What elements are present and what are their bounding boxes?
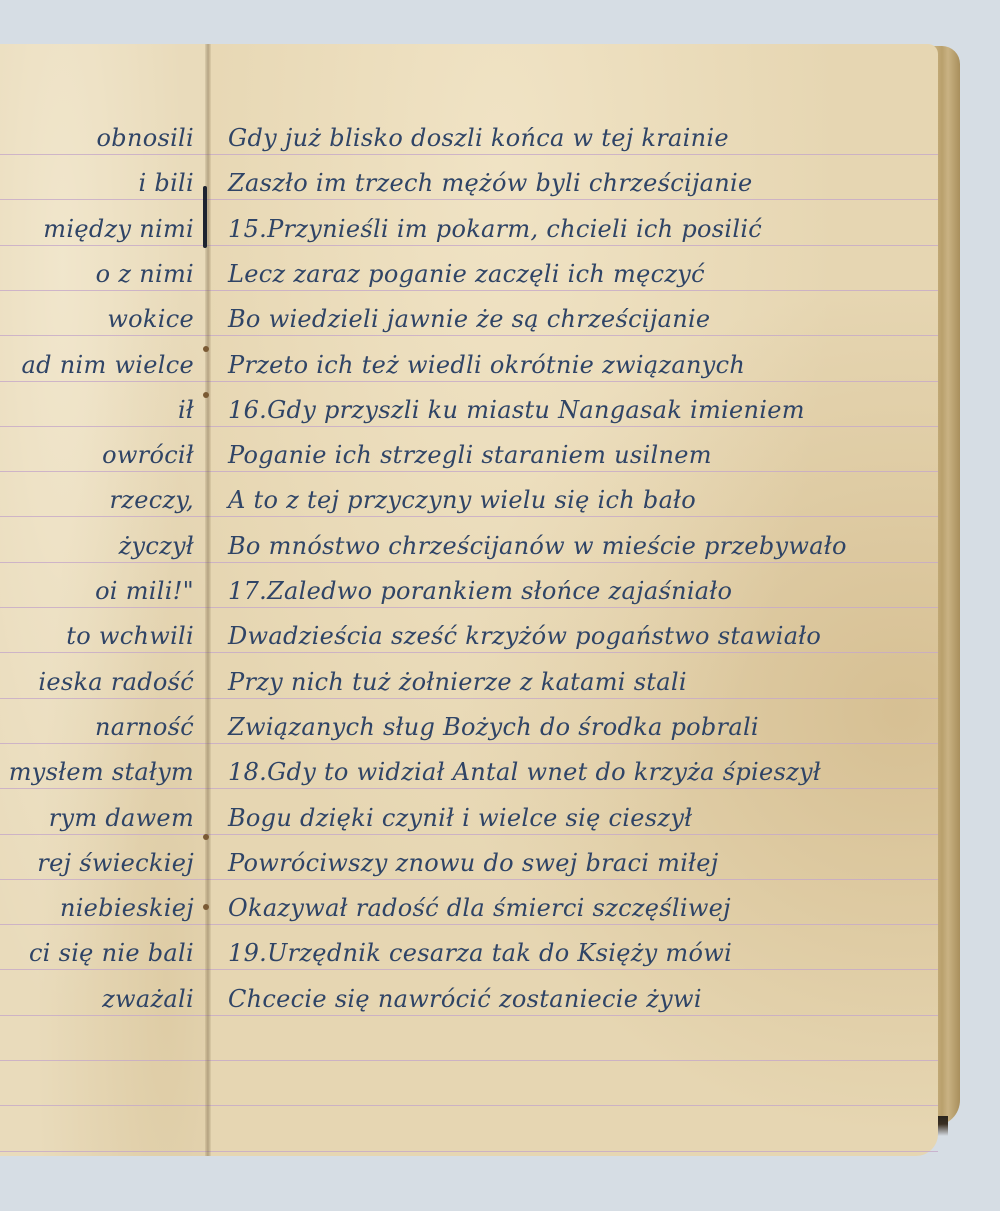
ruling-line bbox=[208, 245, 938, 246]
ruling-line bbox=[208, 698, 938, 699]
staple-hole bbox=[203, 392, 209, 398]
handwritten-line: Lecz zaraz poganie zaczęli ich męczyć bbox=[228, 260, 705, 288]
handwritten-line: wokice bbox=[107, 305, 194, 333]
handwritten-line: między nimi bbox=[43, 215, 194, 243]
ruling-line bbox=[0, 290, 208, 291]
ruling-line bbox=[208, 879, 938, 880]
handwritten-line: 19.Urzędnik cesarza tak do Księży mówi bbox=[228, 939, 732, 967]
handwritten-line: ił bbox=[178, 396, 194, 424]
handwritten-line: i bili bbox=[139, 169, 195, 197]
ruling-line bbox=[0, 743, 208, 744]
handwritten-line: to wchwili bbox=[66, 622, 194, 650]
ruling-line bbox=[208, 1060, 938, 1061]
handwritten-line: 17.Zaledwo porankiem słońce zajaśniało bbox=[228, 577, 732, 605]
handwritten-line: ieska radość bbox=[38, 668, 194, 696]
handwritten-line: Zaszło im trzech mężów byli chrześcijani… bbox=[228, 169, 753, 197]
ruling-line bbox=[0, 698, 208, 699]
handwritten-line: Bo mnóstwo chrześcijanów w mieście przeb… bbox=[228, 532, 847, 560]
ruling-line bbox=[208, 969, 938, 970]
handwritten-line: Okazywał radość dla śmierci szczęśliwej bbox=[228, 894, 731, 922]
handwritten-line: rej świeckiej bbox=[37, 849, 194, 877]
ruling-line bbox=[208, 381, 938, 382]
staple-hole bbox=[203, 834, 209, 840]
ruling-line bbox=[208, 335, 938, 336]
ruling-line bbox=[0, 924, 208, 925]
staple-hole bbox=[203, 346, 209, 352]
ruling-line bbox=[208, 516, 938, 517]
handwritten-line: ci się nie bali bbox=[29, 939, 194, 967]
handwritten-line: Dwadzieścia sześć krzyżów pogaństwo staw… bbox=[228, 622, 821, 650]
ruling-line bbox=[0, 607, 208, 608]
handwritten-line: 16.Gdy przyszli ku miastu Nangasak imien… bbox=[228, 396, 805, 424]
ruling-line bbox=[208, 426, 938, 427]
handwritten-line: 15.Przynieśli im pokarm, chcieli ich pos… bbox=[228, 215, 762, 243]
handwritten-line: Bogu dzięki czynił i wielce się cieszył bbox=[228, 804, 692, 832]
handwritten-line: Poganie ich strzegli staraniem usilnem bbox=[228, 441, 712, 469]
notebook-spread: obnosilii bilimiędzy nimio z nimiwokicea… bbox=[0, 44, 958, 1156]
handwritten-line: Chcecie się nawrócić zostaniecie żywi bbox=[228, 985, 702, 1013]
ruling-line bbox=[0, 562, 208, 563]
ruling-line bbox=[208, 1151, 938, 1152]
ruling-line bbox=[208, 562, 938, 563]
ruling-line bbox=[208, 607, 938, 608]
staple-hole bbox=[203, 904, 209, 910]
handwritten-line: owrócił bbox=[102, 441, 194, 469]
ruling-line bbox=[0, 335, 208, 336]
ruling-line bbox=[0, 834, 208, 835]
handwritten-line: niebieskiej bbox=[60, 894, 194, 922]
ruling-line bbox=[0, 199, 208, 200]
ruling-line bbox=[208, 924, 938, 925]
handwritten-line: Bo wiedzieli jawnie że są chrześcijanie bbox=[228, 305, 710, 333]
ruling-line bbox=[0, 154, 208, 155]
handwritten-line: Powróciwszy znowu do swej braci miłej bbox=[228, 849, 719, 877]
ruling-line bbox=[0, 245, 208, 246]
ink-mark bbox=[203, 186, 207, 248]
handwritten-line: oi mili!" bbox=[95, 577, 194, 605]
handwritten-line: Przy nich tuż żołnierze z katami stali bbox=[228, 668, 687, 696]
handwritten-line: narność bbox=[95, 713, 194, 741]
ruling-line bbox=[208, 652, 938, 653]
ruling-line bbox=[208, 290, 938, 291]
ruling-line bbox=[0, 1151, 208, 1152]
handwritten-line: rym dawem bbox=[49, 804, 194, 832]
handwritten-line: Gdy już blisko doszli końca w tej kraini… bbox=[228, 124, 729, 152]
ruling-line bbox=[208, 154, 938, 155]
ruling-line bbox=[0, 471, 208, 472]
handwritten-line: o z nimi bbox=[96, 260, 194, 288]
ruling-line bbox=[0, 652, 208, 653]
handwritten-line: 18.Gdy to widział Antal wnet do krzyża ś… bbox=[228, 758, 821, 786]
handwritten-line: rzeczy, bbox=[109, 486, 194, 514]
handwritten-line: zważali bbox=[102, 985, 194, 1013]
ruling-line bbox=[208, 1105, 938, 1106]
handwritten-line: A to z tej przyczyny wielu się ich bało bbox=[228, 486, 696, 514]
ruling-line bbox=[208, 834, 938, 835]
right-page: 67 Gdy już blisko doszli końca w tej kra… bbox=[208, 44, 938, 1156]
ruling-line bbox=[0, 426, 208, 427]
ruling-line bbox=[0, 1105, 208, 1106]
ruling-line bbox=[0, 381, 208, 382]
ruling-line bbox=[0, 969, 208, 970]
ruling-line bbox=[208, 743, 938, 744]
ruling-line bbox=[208, 471, 938, 472]
handwritten-line: mysłem stałym bbox=[9, 758, 194, 786]
handwritten-line: życzył bbox=[119, 532, 194, 560]
ruling-line bbox=[208, 788, 938, 789]
ruling-line bbox=[0, 516, 208, 517]
ruling-line bbox=[0, 1060, 208, 1061]
handwritten-line: ad nim wielce bbox=[22, 351, 194, 379]
handwritten-line: Przeto ich też wiedli okrótnie związanyc… bbox=[228, 351, 745, 379]
handwritten-line: Związanych sług Bożych do środka pobrali bbox=[228, 713, 759, 741]
ruling-line bbox=[0, 788, 208, 789]
handwritten-line: obnosili bbox=[97, 124, 194, 152]
ruling-line bbox=[0, 879, 208, 880]
ruling-line bbox=[208, 1015, 938, 1016]
ruling-line bbox=[208, 199, 938, 200]
left-page: obnosilii bilimiędzy nimio z nimiwokicea… bbox=[0, 44, 209, 1156]
ruling-line bbox=[0, 1015, 208, 1016]
